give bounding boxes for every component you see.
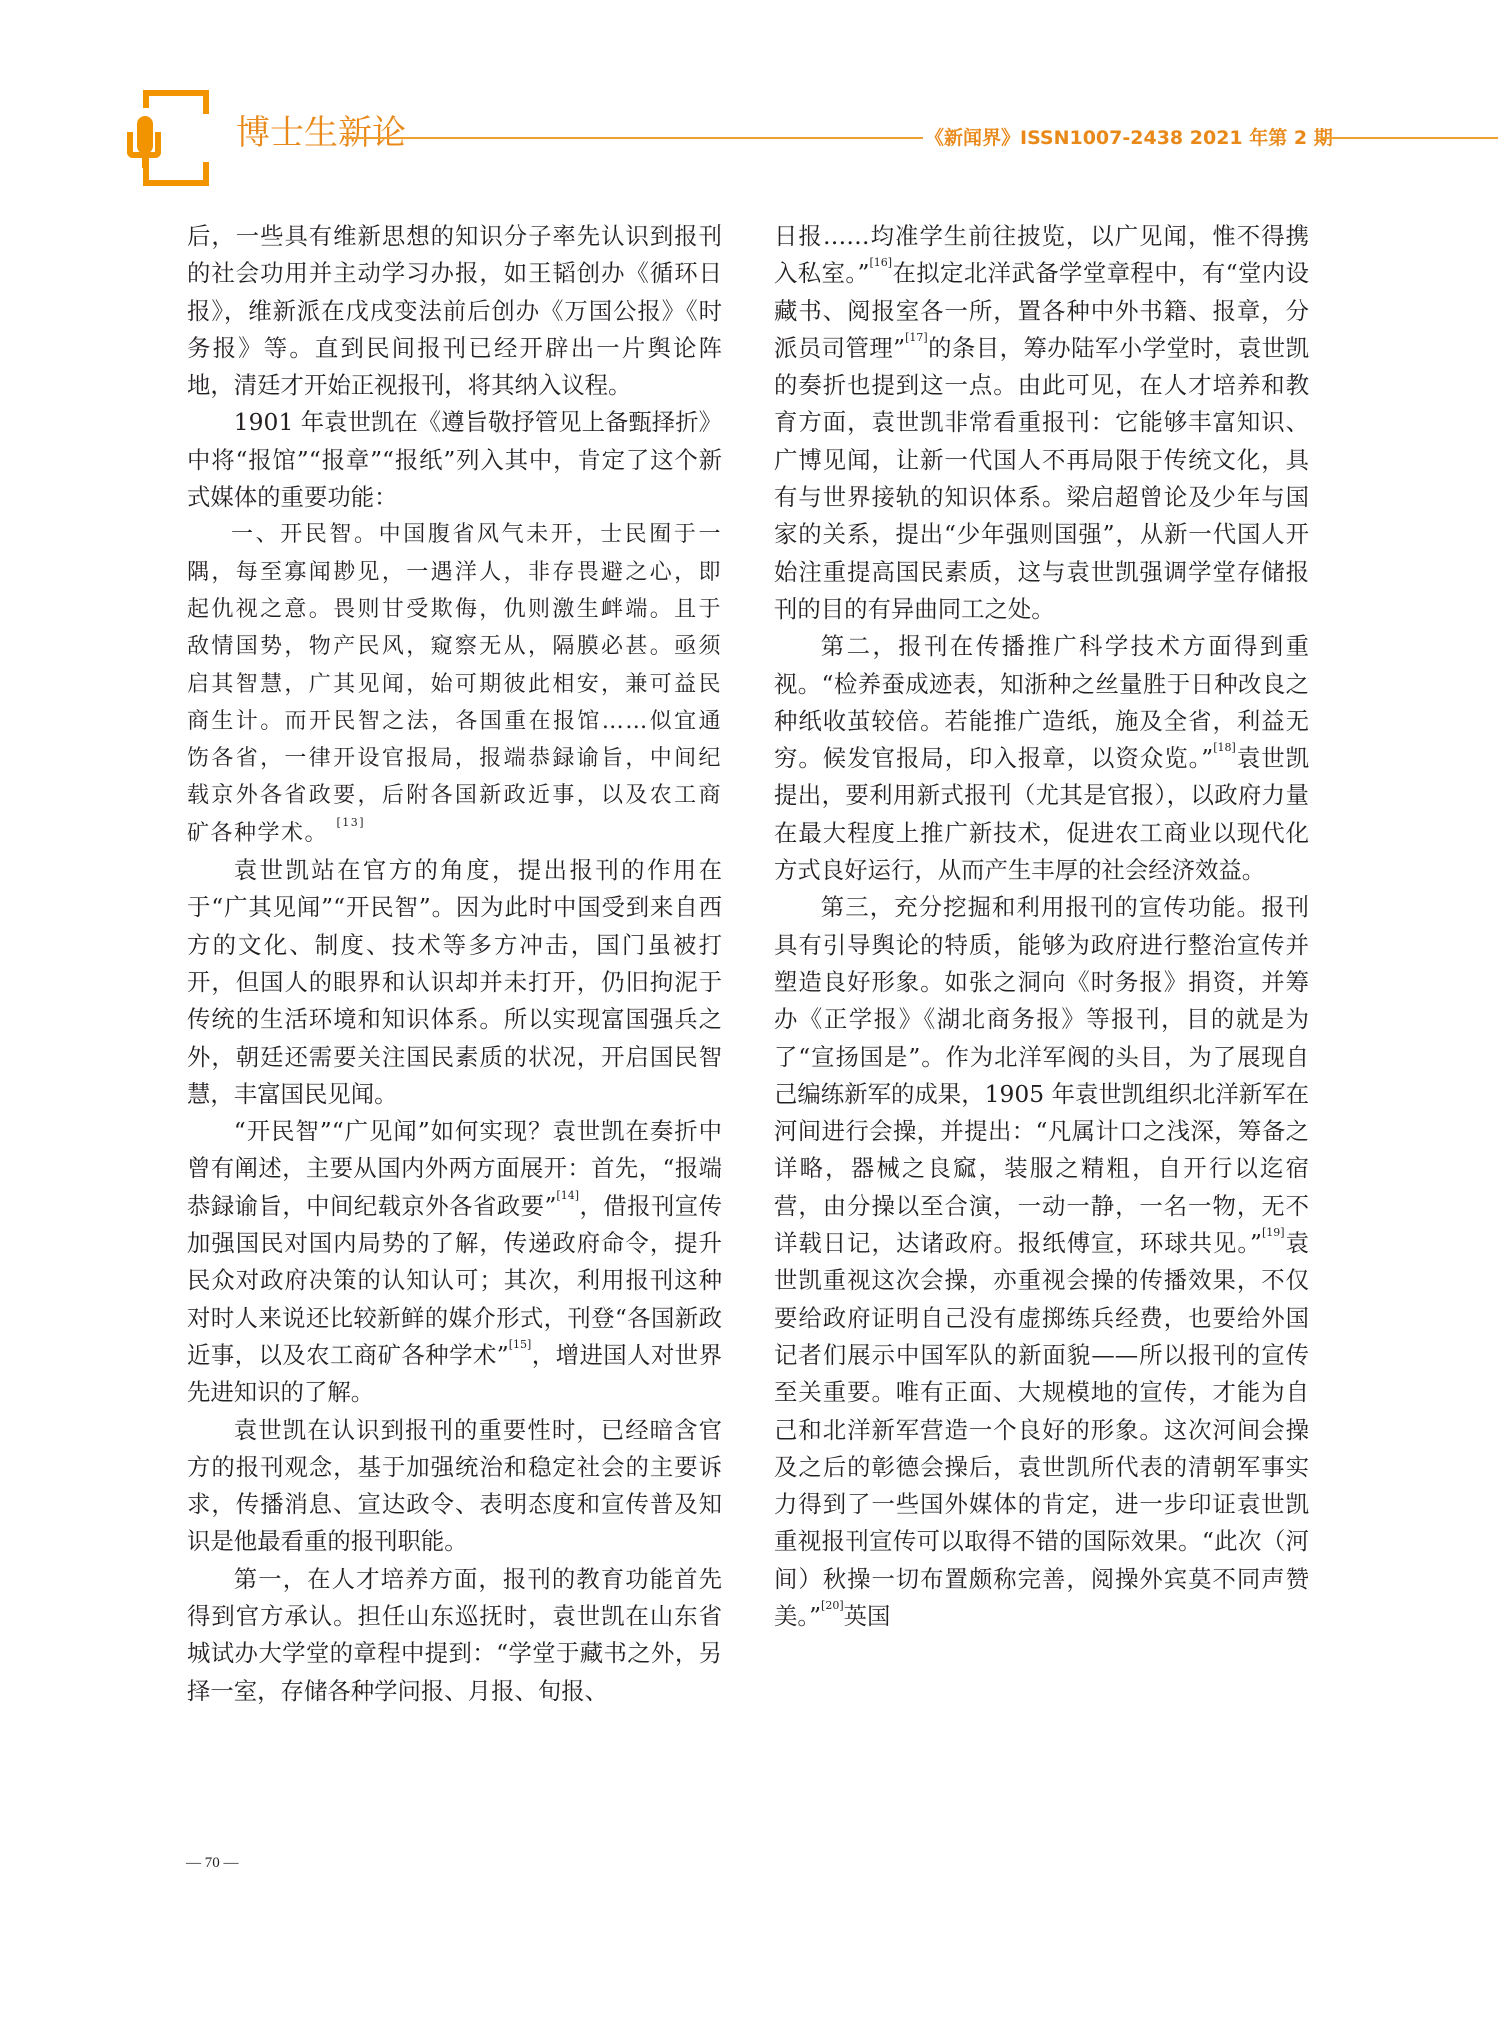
page-number: — 70 — [186,1855,239,1872]
citation-ref: [14] [556,1189,579,1202]
citation-ref: [15] [509,1338,532,1351]
citation-ref: [16] [869,256,892,269]
paragraph: 日报……均准学生前往披览，以广见闻，惟不得携入私室。”[16]在拟定北洋武备学堂… [774,218,1309,628]
header-rule-right [1320,137,1498,139]
paragraph: 第三，充分挖掘和利用报刊的宣传功能。报刊具有引导舆论的特质，能够为政府进行整治宣… [774,889,1309,1635]
paragraph: 后，一些具有维新思想的知识分子率先认识到报刊的社会功用并主动学习办报，如王韬创办… [187,218,722,404]
paragraph: 第二，报刊在传播推广科学技术方面得到重视。“检养蚕成迹表，知浙种之丝量胜于日种改… [774,628,1309,889]
quote-text: 一、开民智。中国腹省风气未开，士民囿于一隅，每至寡闻尠见，一遇洋人，非存畏避之心… [187,522,722,845]
text-segment: 的条目，筹办陆军小学堂时，袁世凯的奏折也提到这一点。由此可见，在人才培养和教育方… [774,334,1309,623]
left-column: 后，一些具有维新思想的知识分子率先认识到报刊的社会功用并主动学习办报，如王韬创办… [187,218,722,1710]
citation-ref: [19] [1262,1226,1285,1239]
citation-ref: [18] [1213,741,1236,754]
citation-ref: [20] [821,1599,844,1612]
text-segment: 英国 [844,1602,891,1630]
text-segment: 袁世凯重视这次会操，亦重视会操的传播效果，不仅要给政府证明自己没有虚掷练兵经费，… [774,1229,1309,1630]
block-quote: 一、开民智。中国腹省风气未开，士民囿于一隅，每至寡闻尠见，一遇洋人，非存畏避之心… [187,516,722,852]
citation-ref: [17] [905,331,928,344]
text-segment: 第三，充分挖掘和利用报刊的宣传功能。报刊具有引导舆论的特质，能够为政府进行整治宣… [774,893,1309,1257]
citation-ref: [13] [337,816,366,829]
section-title: 博士生新论 [236,108,406,158]
page-header: 博士生新论 《新闻界》ISSN1007-2438 2021 年第 2 期 [0,0,1500,200]
paragraph: “开民智”“广见闻”如何实现？袁世凯在奏折中曾有阐述，主要从国内外两方面展开：首… [187,1113,722,1411]
paragraph: 袁世凯站在官方的角度，提出报刊的作用在于“广其见闻”“开民智”。因为此时中国受到… [187,852,722,1113]
microphone-logo-icon [126,88,236,188]
paragraph: 1901 年袁世凯在《遵旨敬抒管见上备甄择折》中将“报馆”“报章”“报纸”列入其… [187,404,722,516]
right-column: 日报……均准学生前往披览，以广见闻，惟不得携入私室。”[16]在拟定北洋武备学堂… [774,218,1309,1635]
paragraph: 第一，在人才培养方面，报刊的教育功能首先得到官方承认。担任山东巡抚时，袁世凯在山… [187,1561,722,1710]
paragraph: 袁世凯在认识到报刊的重要性时，已经暗含官方的报刊观念，基于加强统治和稳定社会的主… [187,1412,722,1561]
journal-info: 《新闻界》ISSN1007-2438 2021 年第 2 期 [925,123,1333,153]
header-rule-left [345,137,923,139]
